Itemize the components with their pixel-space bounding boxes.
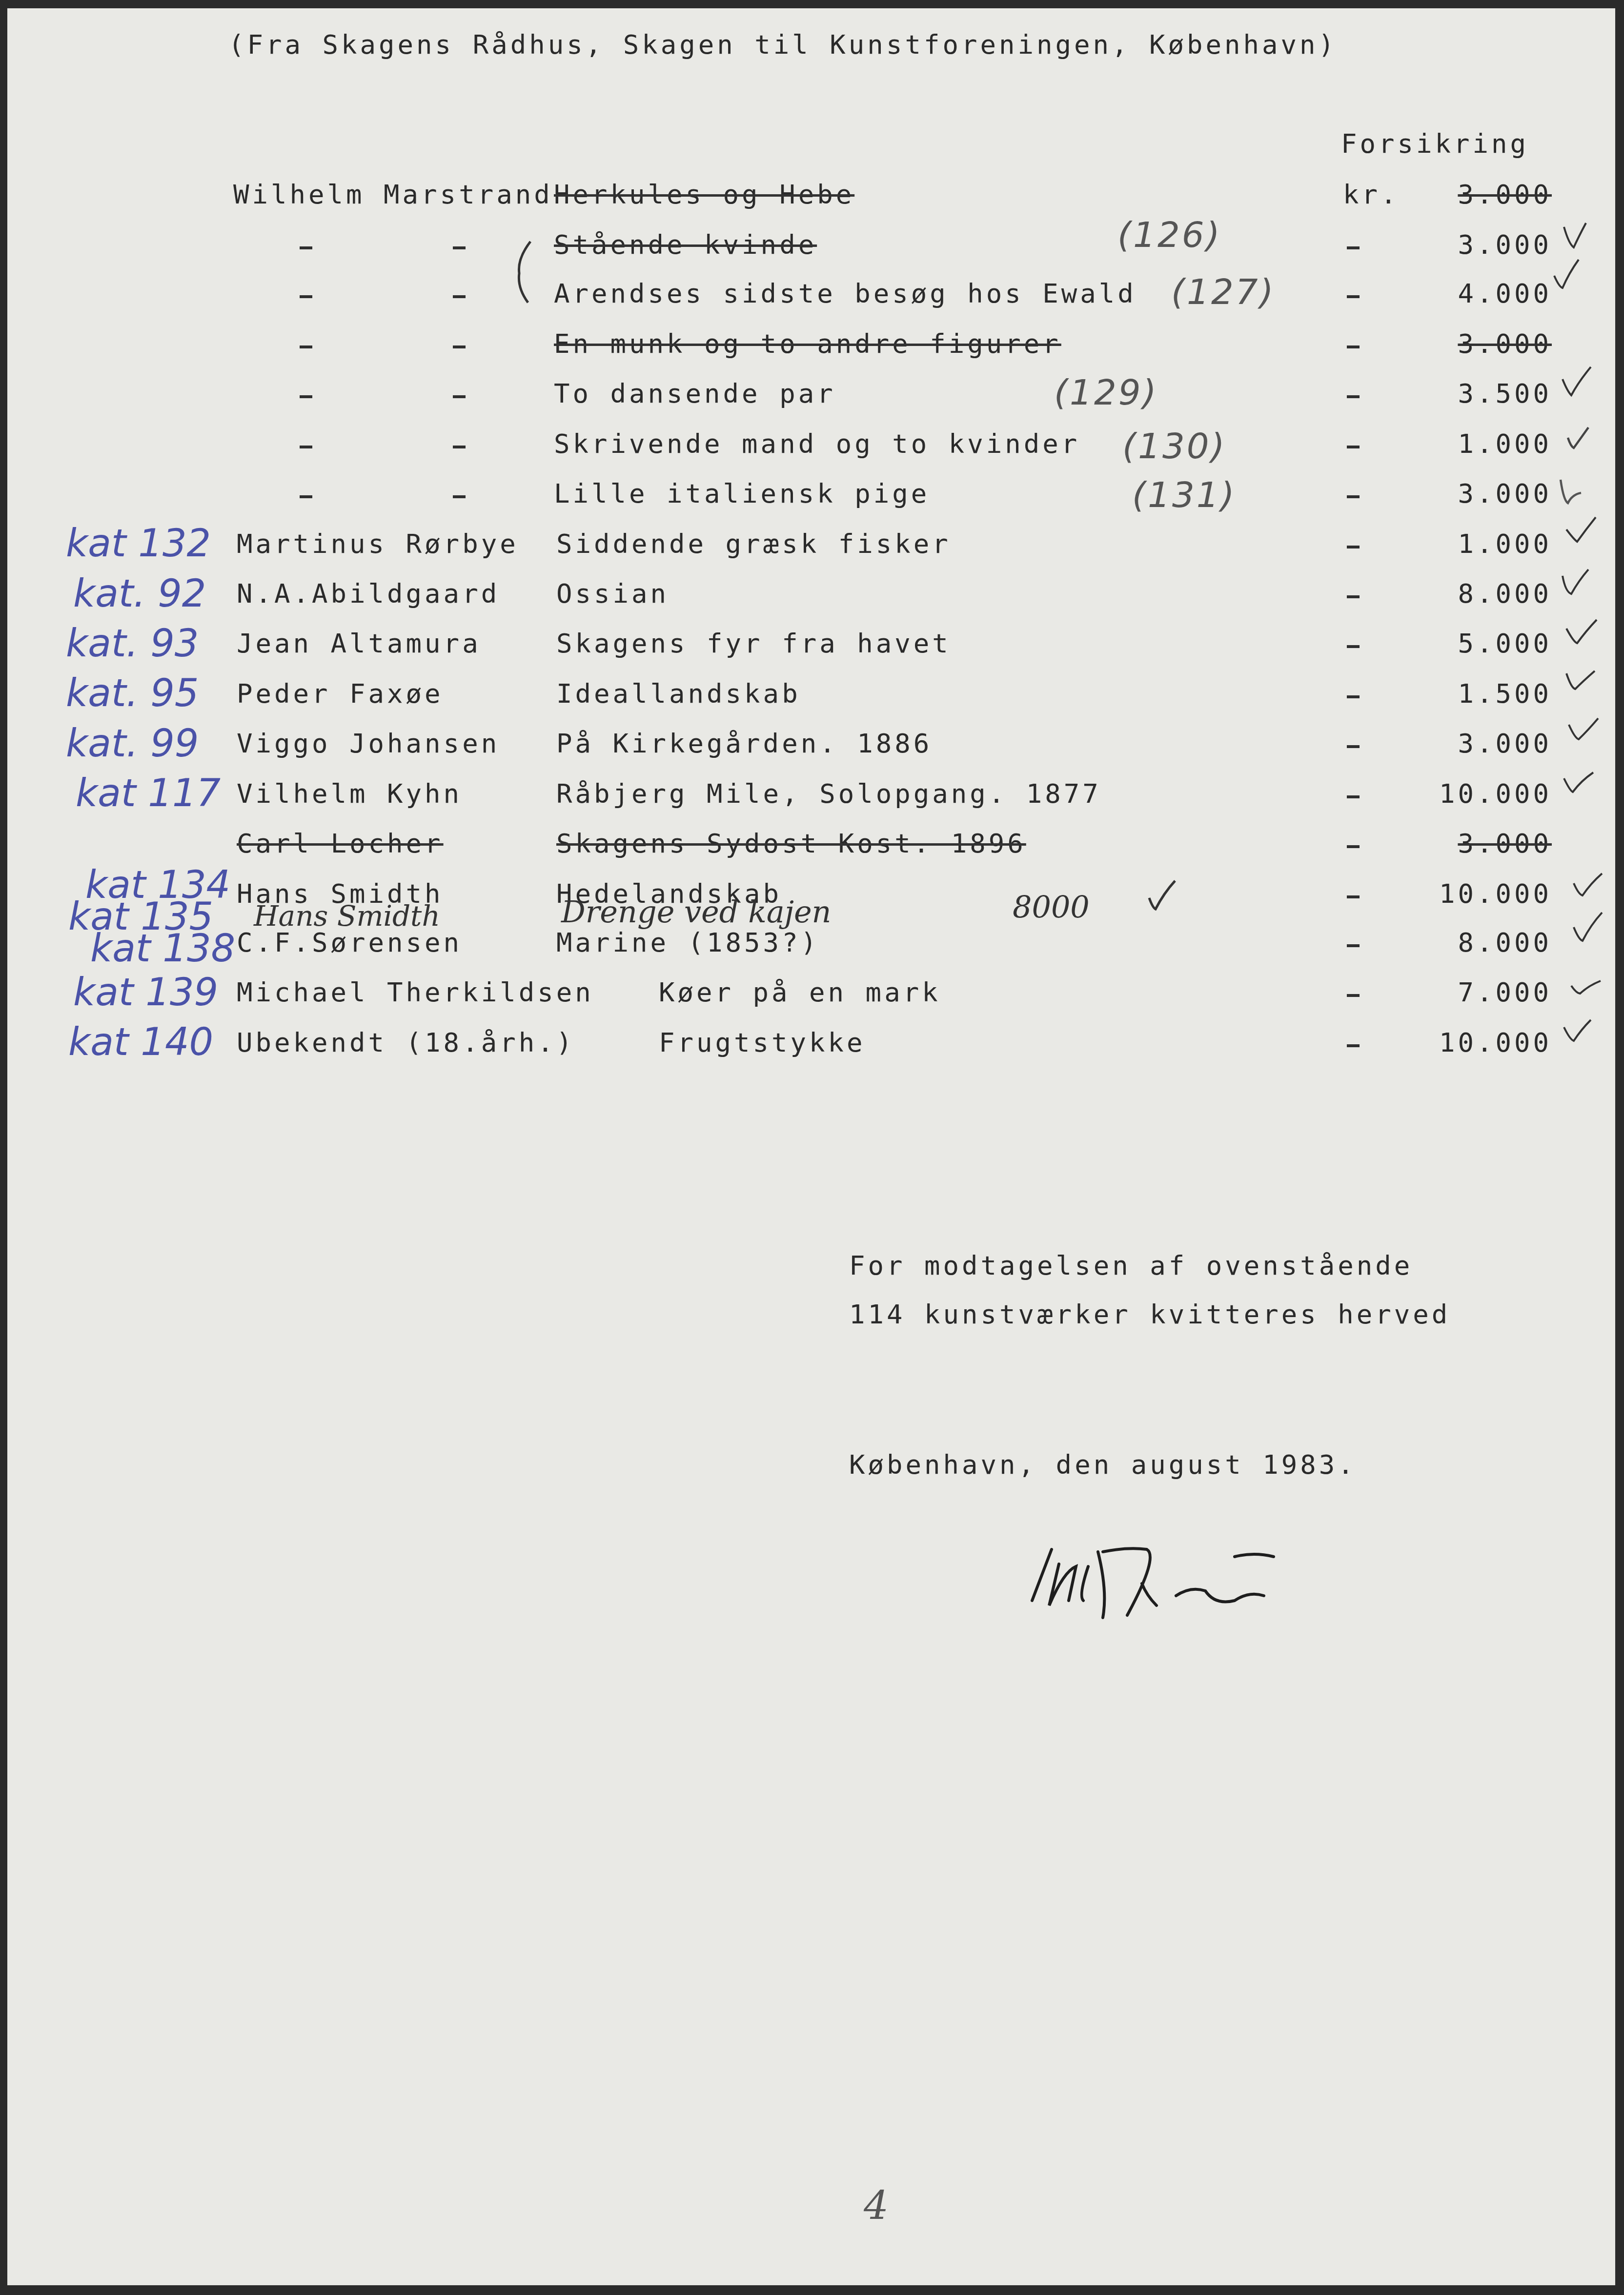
handwritten-amount: 8000 xyxy=(1013,892,1090,922)
signature xyxy=(1030,1537,1591,1620)
artist-name: Michael Therkildsen xyxy=(237,979,594,1006)
check-mark-icon xyxy=(1571,971,1601,1000)
insurance-amount: 1.000 xyxy=(1396,531,1552,557)
ditto-dash xyxy=(300,395,312,398)
receipt-line-2: 114 kunstværker kvitteres herved xyxy=(849,1301,1450,1328)
check-mark-icon xyxy=(1564,1017,1593,1047)
artwork-title: To dansende par xyxy=(554,381,836,407)
handwritten-title: Drenge ved kajen xyxy=(561,897,832,927)
row-dash xyxy=(1347,495,1360,498)
row-dash xyxy=(1347,345,1360,348)
catalog-number: kat. 93 xyxy=(66,625,199,663)
row-dash xyxy=(1347,795,1360,798)
artwork-title: Køer på en mark xyxy=(659,979,941,1006)
artwork-title: På Kirkegården. 1886 xyxy=(556,731,932,757)
artist-name: C.F.Sørensen xyxy=(237,930,462,956)
insurance-amount: 7.000 xyxy=(1396,979,1552,1006)
artist-name: Viggo Johansen xyxy=(237,731,500,757)
row-dash xyxy=(1347,895,1360,898)
check-mark-icon xyxy=(1552,259,1581,288)
catalog-number: kat. 99 xyxy=(66,725,199,763)
check-mark-icon xyxy=(1559,478,1588,508)
ditto-dash xyxy=(300,295,312,298)
row-dash xyxy=(1347,246,1360,249)
artwork-title: Frugtstykke xyxy=(659,1030,866,1056)
artwork-title: Lille italiensk pige xyxy=(554,481,930,507)
ditto-dash xyxy=(300,446,312,448)
check-mark-icon xyxy=(1566,425,1596,454)
artist-name: Wilhelm Marstrand xyxy=(233,182,553,208)
artwork-title: Arendses sidste besøg hos Ewald xyxy=(554,281,1137,307)
insurance-column-header: Forsikring xyxy=(1341,131,1529,157)
insurance-amount-struck: 3.000 xyxy=(1396,331,1552,357)
check-mark-icon xyxy=(1562,569,1591,598)
artwork-title: Siddende græsk fisker xyxy=(556,531,951,557)
artist-name: Jean Altamura xyxy=(237,630,481,657)
catalog-number: kat 139 xyxy=(73,974,218,1012)
artist-name: Ubekendt (18.årh.) xyxy=(237,1030,575,1056)
page-number: 4 xyxy=(864,2186,889,2225)
receipt-line-1: For modtagelsen af ovenstående xyxy=(849,1253,1413,1279)
insurance-amount: 10.000 xyxy=(1396,881,1552,907)
row-dash xyxy=(1347,595,1360,598)
check-mark-icon xyxy=(1574,871,1603,900)
check-mark-icon xyxy=(1562,367,1591,396)
artwork-title-partly-struck: Skagens Sydost Kost. 1896 xyxy=(556,831,1026,857)
ditto-dash xyxy=(300,345,312,348)
check-mark-icon xyxy=(1574,913,1603,942)
handwritten-ref: (131) xyxy=(1132,477,1237,512)
ditto-dash xyxy=(453,246,466,249)
insurance-amount: 8.000 xyxy=(1396,581,1552,607)
ditto-dash xyxy=(453,295,466,298)
artwork-title-struck: Herkules og Hebe xyxy=(554,182,854,208)
insurance-amount: 3.500 xyxy=(1396,381,1552,407)
catalog-number: kat 138 xyxy=(90,930,235,968)
check-mark-icon xyxy=(1566,517,1596,547)
row-dash xyxy=(1347,944,1360,947)
row-dash xyxy=(1347,446,1360,448)
row-dash xyxy=(1347,845,1360,848)
artwork-title: Skagens fyr fra havet xyxy=(556,630,951,657)
handwritten-ref: (129) xyxy=(1054,375,1158,410)
ditto-dash xyxy=(453,495,466,498)
check-mark-icon xyxy=(1569,717,1598,747)
receipt-date: København, den august 1983. xyxy=(849,1452,1357,1478)
insurance-amount-struck: 3.000 xyxy=(1396,831,1552,857)
artist-name: Vilhelm Kyhn xyxy=(237,781,462,807)
insurance-amount: 3.000 xyxy=(1396,481,1552,507)
handwritten-ref: (126) xyxy=(1117,217,1222,252)
artwork-title: Råbjerg Mile, Solopgang. 1877 xyxy=(556,781,1101,807)
catalog-number: kat 140 xyxy=(68,1023,213,1061)
ditto-dash xyxy=(453,395,466,398)
artwork-title-struck: Stående kvinde xyxy=(554,232,817,258)
insurance-amount: 5.000 xyxy=(1396,630,1552,657)
artist-name-struck: Carl Locher xyxy=(237,831,444,857)
insurance-amount-struck: 3.000 xyxy=(1396,182,1552,208)
handwritten-ref: (130) xyxy=(1122,428,1227,464)
artwork-title: Ossian xyxy=(556,581,669,607)
row-dash xyxy=(1347,745,1360,748)
artwork-title: Skrivende mand og to kvinder xyxy=(554,431,1080,457)
check-mark-icon xyxy=(1147,881,1176,910)
artwork-title-struck: En munk og to andre figurer xyxy=(554,331,1061,357)
catalog-number: kat. 92 xyxy=(73,575,206,613)
document-heading: (Fra Skagens Rådhus, Skagen til Kunstfor… xyxy=(228,32,1337,58)
insurance-amount: 3.000 xyxy=(1396,232,1552,258)
insurance-amount: 8.000 xyxy=(1396,930,1552,956)
row-dash xyxy=(1347,994,1360,997)
artwork-title: Ideallandskab xyxy=(556,681,801,707)
insurance-amount: 10.000 xyxy=(1396,1030,1552,1056)
ditto-dash xyxy=(300,246,312,249)
check-mark-icon xyxy=(1564,769,1593,798)
ditto-dash xyxy=(453,345,466,348)
ditto-dash xyxy=(453,446,466,448)
insurance-amount: 10.000 xyxy=(1396,781,1552,807)
check-mark-icon xyxy=(1566,619,1596,648)
catalog-number: kat 117 xyxy=(76,774,221,812)
handwritten-bracket xyxy=(513,239,533,307)
artist-name: Martinus Rørbye xyxy=(237,531,519,557)
catalog-number: kat 132 xyxy=(66,525,211,563)
insurance-amount: 1.500 xyxy=(1396,681,1552,707)
currency-label: kr. xyxy=(1343,182,1400,208)
row-dash xyxy=(1347,395,1360,398)
handwritten-ref: (127) xyxy=(1171,274,1276,309)
row-dash xyxy=(1347,695,1360,698)
catalog-number: kat. 95 xyxy=(66,674,199,712)
insurance-amount: 3.000 xyxy=(1396,731,1552,757)
row-dash xyxy=(1347,645,1360,648)
handwritten-artist: Hans Smidth xyxy=(254,902,440,930)
row-dash xyxy=(1347,546,1360,548)
row-dash xyxy=(1347,295,1360,298)
artist-name: N.A.Abildgaard xyxy=(237,581,500,607)
artist-name: Peder Faxøe xyxy=(237,681,444,707)
row-dash xyxy=(1347,1044,1360,1047)
insurance-amount: 1.000 xyxy=(1396,431,1552,457)
insurance-amount: 4.000 xyxy=(1396,281,1552,307)
check-mark-icon xyxy=(1562,222,1591,251)
check-mark-icon xyxy=(1566,669,1596,698)
ditto-dash xyxy=(300,495,312,498)
artwork-title: Marine (1853?) xyxy=(556,930,819,956)
